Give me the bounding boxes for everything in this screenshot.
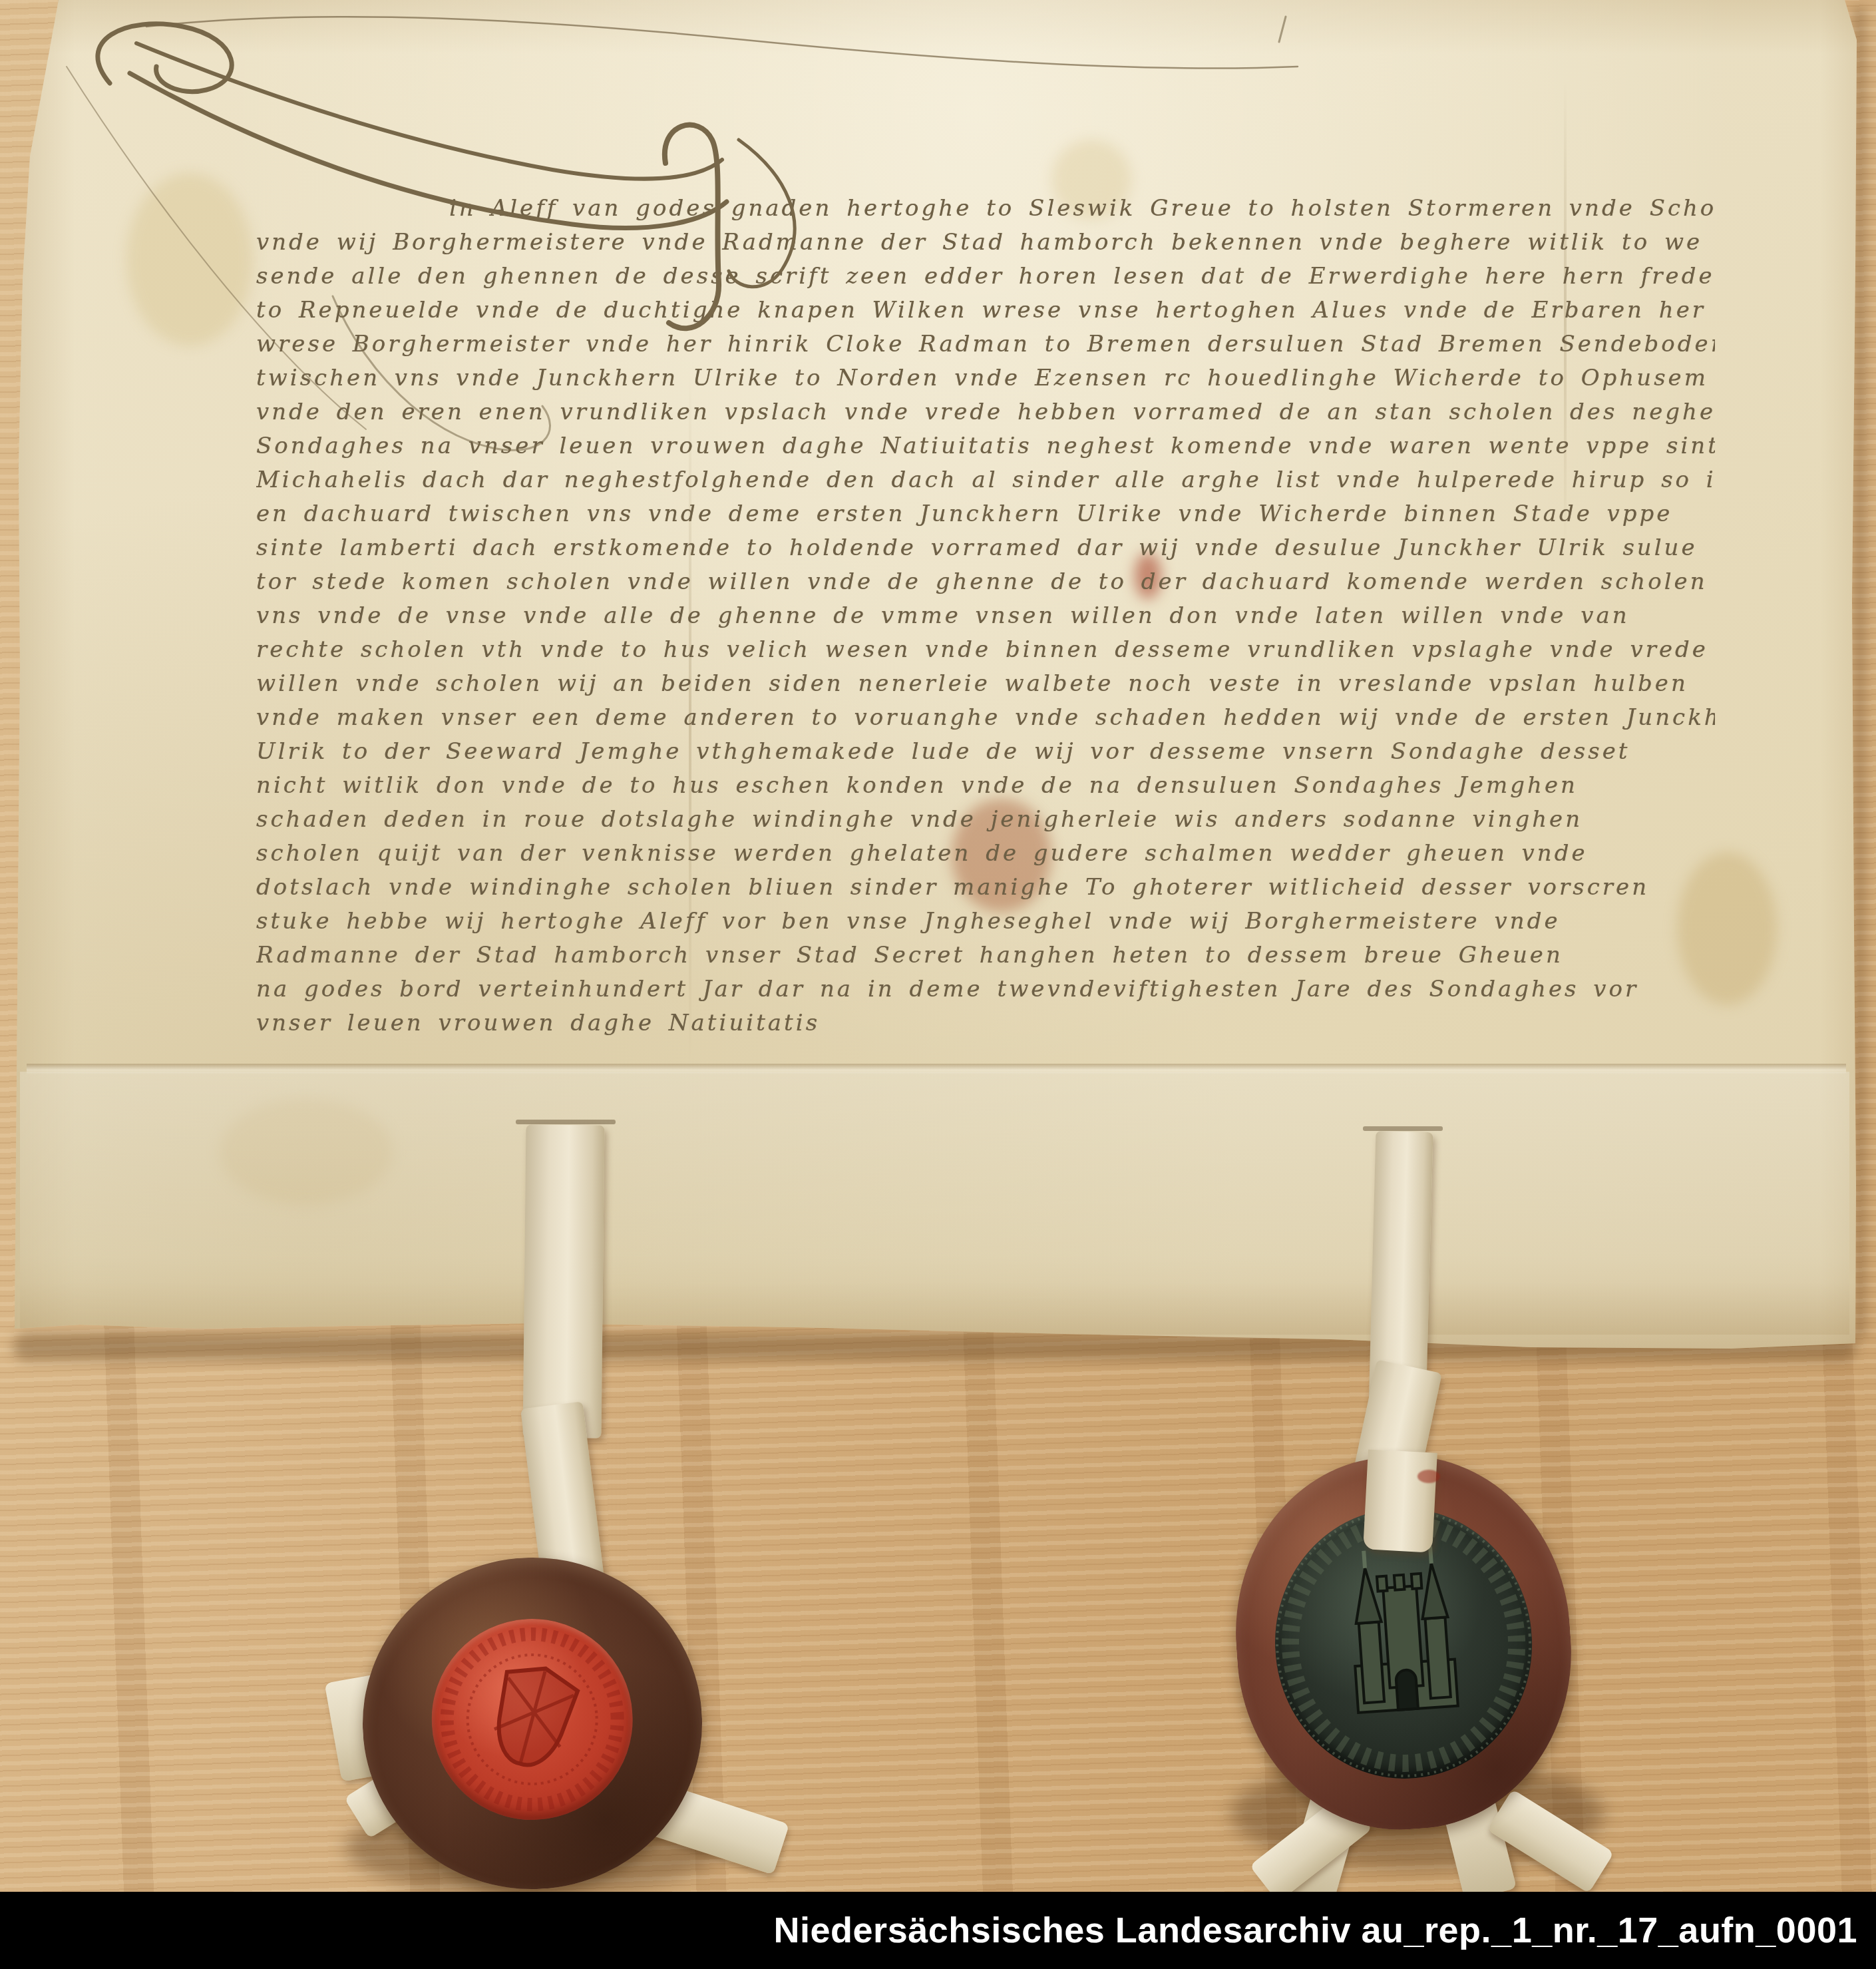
manuscript-line: stuke hebbe wij hertoghe Aleff vor ben v… [256,905,1715,939]
manuscript-line: vnde maken vnser een deme anderen to vor… [256,701,1715,735]
manuscript-line: Ulrik to der Seeward Jemghe vthghemakede… [256,735,1715,769]
plica-fold [20,1072,1849,1335]
wax-seal-left-red-center [427,1614,638,1825]
seal-tag-strip-left [523,1124,605,1438]
shield-icon [427,1614,638,1825]
manuscript-line: dotslach vnde windinghe scholen bliuen s… [256,871,1715,905]
calligraphic-initial-flourish [47,3,1311,656]
manuscript-line: schaden deden in roue dotslaghe windingh… [256,803,1715,837]
caption-text: Niedersächsisches Landesarchiv au_rep._1… [774,1910,1857,1951]
manuscript-line: willen vnde scholen wij an beiden siden … [256,667,1715,701]
photo-of-parchment-charter: { "caption": { "text": "Niedersächsische… [0,0,1876,1969]
manuscript-line: nicht witlik don vnde de to hus eschen k… [256,769,1715,803]
seal-tag-over-right-seal [1363,1449,1437,1552]
manuscript-line: Radmanne der Stad hamborch vnser Stad Se… [256,939,1715,973]
caption-bar: Niedersächsisches Landesarchiv au_rep._1… [0,1892,1876,1969]
tag-slit-right [1363,1126,1443,1131]
parchment-sheet: in Aleff van godes gnaden hertoghe to Sl… [0,0,1876,1350]
manuscript-line: vnser leuen vrouwen daghe Natiuitatis [256,1006,1715,1040]
wax-smear [1417,1470,1440,1483]
manuscript-line: scholen quijt van der venknisse werden g… [256,837,1715,871]
manuscript-line: na godes bord verteinhundert Jar dar na … [256,973,1715,1006]
tag-slit-left [516,1120,616,1124]
